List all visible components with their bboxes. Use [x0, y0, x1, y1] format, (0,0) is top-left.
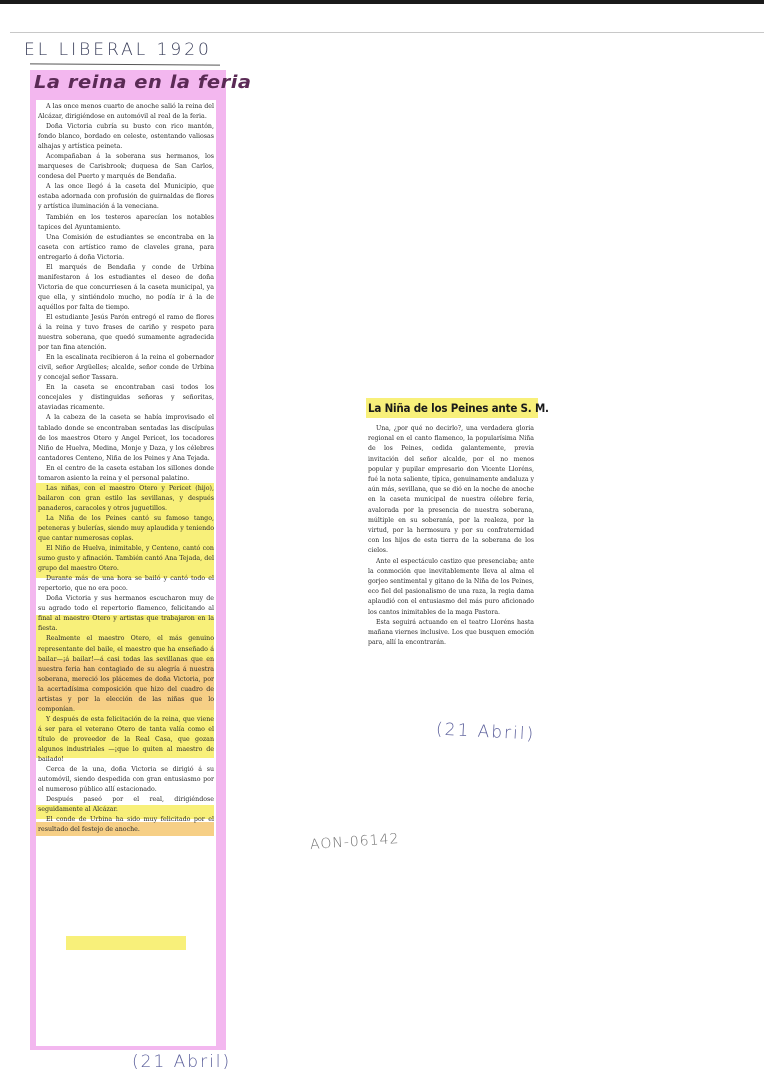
- left-newspaper-clipping: La reina en la feria A las once menos cu…: [30, 70, 226, 1050]
- left-article-headline: La reina en la feria: [34, 72, 237, 98]
- right-newspaper-clipping: La Niña de los Peines ante S. M. Una, ¿p…: [366, 398, 538, 708]
- article-paragraph: El conde de Urbina ha sido muy felicitad…: [38, 815, 214, 835]
- article-paragraph: Una, ¿por qué no decirlo?, una verdadera…: [368, 424, 534, 557]
- article-paragraph: Después paseó por el real, dirigiéndose …: [38, 795, 214, 815]
- article-paragraph: Doña Victoria cubría su busto con rico m…: [38, 122, 214, 152]
- article-paragraph: En el centro de la caseta estaban los si…: [38, 464, 214, 484]
- article-paragraph: El Niño de Huelva, inimitable, y Centeno…: [38, 544, 214, 574]
- article-paragraph: Una Comisión de estudiantes se encontrab…: [38, 233, 214, 263]
- article-paragraph: También en los testeros aparecían los no…: [38, 213, 214, 233]
- handwritten-masthead: EL LIBERAL 1920: [24, 40, 212, 60]
- right-article-headline: La Niña de los Peines ante S. M.: [366, 398, 538, 418]
- page-top-rule: [10, 32, 764, 33]
- handwritten-date-left: (21 Abril): [132, 1052, 231, 1072]
- right-article-body: Una, ¿por qué no decirlo?, una verdadera…: [368, 424, 534, 648]
- article-paragraph: El marqués de Bendaña y conde de Urbina …: [38, 263, 214, 313]
- article-paragraph: En la escalinata recibieron á la reina e…: [38, 353, 214, 383]
- article-paragraph: Y después de esta felicitación de la rei…: [38, 715, 214, 765]
- article-paragraph: En la caseta se encontraban casi todos l…: [38, 383, 214, 413]
- article-paragraph: La Niña de los Peines cantó su famoso ta…: [38, 514, 214, 544]
- highlight-yellow: [66, 936, 186, 950]
- archive-reference-code: AON-06142: [310, 831, 400, 853]
- masthead-underline: [30, 63, 220, 65]
- article-paragraph: Durante más de una hora se bailó y cantó…: [38, 574, 214, 594]
- article-paragraph: Realmente el maestro Otero, el más genui…: [38, 634, 214, 714]
- article-paragraph: Ante el espectáculo castizo que presenci…: [368, 557, 534, 618]
- article-paragraph: Doña Victoria y sus hermanos escucharon …: [38, 594, 214, 634]
- article-paragraph: A las once menos cuarto de anoche salió …: [38, 102, 214, 122]
- left-article-body: A las once menos cuarto de anoche salió …: [38, 102, 214, 835]
- article-paragraph: A las once llegó á la caseta del Municip…: [38, 182, 214, 212]
- article-paragraph: El estudiante Jesús Parón entregó el ram…: [38, 313, 214, 353]
- handwritten-date-right: (21 Abril): [436, 719, 536, 744]
- article-paragraph: Cerca de la una, doña Victoria se dirigi…: [38, 765, 214, 795]
- scanner-top-edge: [0, 0, 764, 4]
- article-paragraph: Esta seguirá actuando en el teatro Lloré…: [368, 618, 534, 649]
- article-paragraph: Acompañaban á la soberana sus hermanos, …: [38, 152, 214, 182]
- article-paragraph: A la cabeza de la caseta se había improv…: [38, 413, 214, 463]
- article-paragraph: Las niñas, con el maestro Otero y Perice…: [38, 484, 214, 514]
